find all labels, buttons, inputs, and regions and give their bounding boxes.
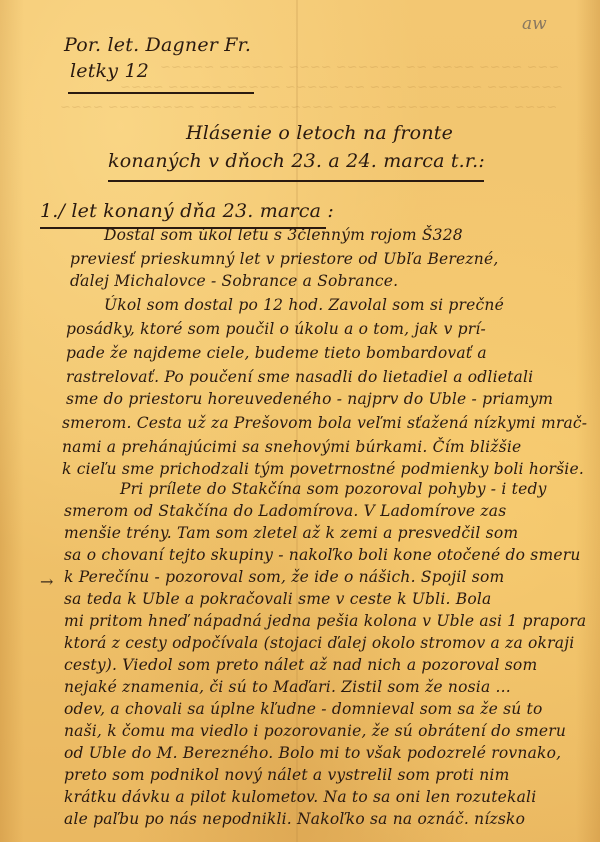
body-line: sme do priestoru horeuvedeného - najprv … <box>66 390 553 408</box>
body-line: k cieľu sme prichodzali tým povetrnostné… <box>62 460 584 478</box>
header-unit-line: letky 12 <box>70 60 149 82</box>
bleed-through-text: ~~~~ ~~~~~ ~~~~~~ ~~~~ ~~~~~~~~ ~~~~ ~~~… <box>60 100 557 115</box>
body-line: smerom. Cesta už za Prešovom bola veľmi … <box>62 414 587 432</box>
document-title-line1: Hlásenie o letoch na fronte <box>186 122 453 144</box>
body-line: naši, k čomu ma viedlo i pozorovanie, že… <box>64 722 566 740</box>
body-line: krátku dávku a pilot kulometov. Na to sa… <box>64 788 536 806</box>
body-line: menšie trény. Tam som zletel až k zemi a… <box>64 524 518 542</box>
bleed-through-text: ~~~ ~~~~ ~~~~ ~~ ~~~~~~ ~~~~ ~~~~~~ ~~~~… <box>160 60 559 75</box>
body-line: smerom od Stakčína do Ladomírova. V Lado… <box>64 502 506 520</box>
margin-arrow-icon: → <box>40 572 53 591</box>
body-line: ktorá z cesty odpočívala (stojaci ďalej … <box>64 634 574 652</box>
body-line: rastrelovať. Po poučení sme nasadli do l… <box>66 368 533 386</box>
header-author-line: Por. let. Dagner Fr. <box>64 34 251 56</box>
document-page: ~~~ ~~~~ ~~~~ ~~ ~~~~~~ ~~~~ ~~~~~~ ~~~~… <box>0 0 600 842</box>
header-underline <box>68 92 254 94</box>
body-line: sa teda k Uble a pokračovali sme v ceste… <box>64 590 491 608</box>
body-line: Dostal som úkol letu s 3členným rojom Š3… <box>104 226 463 244</box>
body-line: previesť prieskumný let v priestore od U… <box>70 250 498 268</box>
body-line: cesty). Viedol som preto nálet až nad ni… <box>64 656 537 674</box>
body-line: Úkol som dostal po 12 hod. Zavolal som s… <box>104 296 504 314</box>
body-line: preto som podnikol nový nálet a vystreli… <box>64 766 509 784</box>
corner-pencil-mark: aw <box>522 14 547 34</box>
body-line: odev, a chovali sa úplne kľudne - domnie… <box>64 700 543 718</box>
body-line: nami a prehánajúcimi sa snehovými búrkam… <box>62 438 521 456</box>
body-line: mi pritom hneď nápadná jedna pešia kolon… <box>64 612 586 630</box>
body-line: ďalej Michalovce - Sobrance a Sobrance. <box>70 272 398 290</box>
section-heading: 1./ let konaný dňa 23. marca : <box>40 200 334 222</box>
body-line: od Uble do M. Berezného. Bolo mi to však… <box>64 744 561 762</box>
body-line: Pri prílete do Stakčína som pozoroval po… <box>120 480 547 498</box>
body-line: posádky, ktoré som poučil o úkolu a o to… <box>66 320 486 338</box>
document-title-line2: konaných v dňoch 23. a 24. marca t.r.: <box>108 150 485 172</box>
body-line: pade že najdeme ciele, budeme tieto bomb… <box>66 344 487 362</box>
body-line: sa o chovaní tejto skupiny - nakoľko bol… <box>64 546 581 564</box>
body-line: nejaké znamenia, či sú to Maďari. Zistil… <box>64 678 511 696</box>
body-line: k Perečínu - pozoroval som, že ide o náš… <box>64 568 504 586</box>
title-underline <box>108 180 484 182</box>
body-line: ale paľbu po nás nepodnikli. Nakoľko sa … <box>64 810 525 828</box>
